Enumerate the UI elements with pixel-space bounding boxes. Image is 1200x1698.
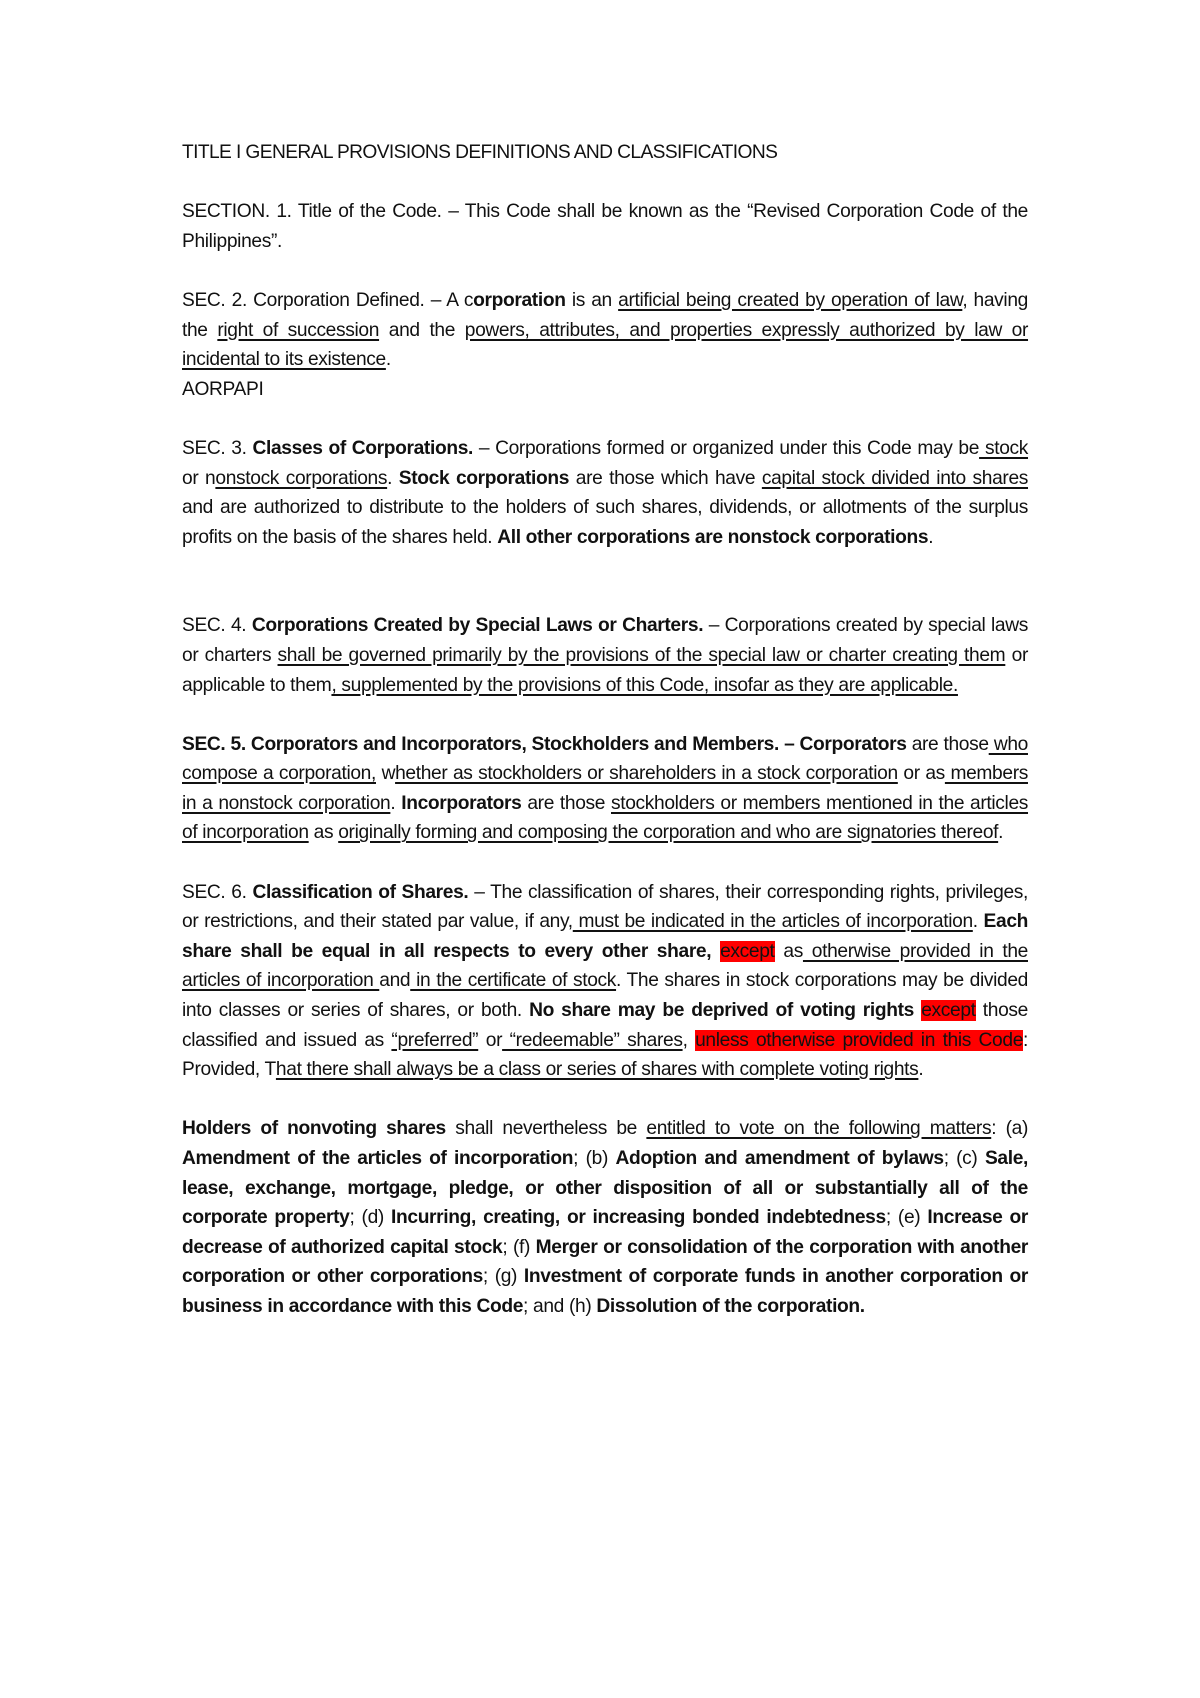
text-run: ; and (h) xyxy=(523,1296,596,1317)
text-run: . xyxy=(928,527,933,548)
text-run: as xyxy=(309,822,339,843)
underlined-text: “preferred” xyxy=(391,1030,478,1051)
highlighted-text: except xyxy=(720,941,774,962)
bold-text: Corporations Created by Special Laws or … xyxy=(252,615,703,636)
text-run: ; (c) xyxy=(944,1148,985,1169)
highlighted-text: except xyxy=(921,1000,975,1021)
text-run: . xyxy=(390,793,401,814)
bold-text: Classes of Corporations. xyxy=(252,438,473,459)
text-run: ; (f) xyxy=(502,1237,535,1258)
text-run: or xyxy=(478,1030,502,1051)
text-run: ; (g) xyxy=(483,1266,524,1287)
underlined-text: hat there shall always be a class or ser… xyxy=(276,1059,918,1080)
underlined-text: must be indicated in the articles of inc… xyxy=(573,911,973,932)
text-run: ; (b) xyxy=(573,1148,615,1169)
paragraph-sec-4: SEC. 4. Corporations Created by Special … xyxy=(182,611,1028,700)
document-body: SECTION. 1. Title of the Code. – This Co… xyxy=(182,197,1028,1321)
text-run: . xyxy=(973,911,984,932)
document-title: TITLE I GENERAL PROVISIONS DEFINITIONS A… xyxy=(182,138,1028,168)
bold-text: No share may be deprived of voting right… xyxy=(529,1000,921,1021)
text-run: SEC. 4. xyxy=(182,615,252,636)
text-run: and the xyxy=(379,320,465,341)
underlined-text: “redeemable” shares xyxy=(502,1030,682,1051)
text-run: ; (e) xyxy=(886,1207,928,1228)
bold-text: Incorporators xyxy=(401,793,521,814)
underlined-text: shall be governed primarily by the provi… xyxy=(278,645,1006,666)
text-run: : (a) xyxy=(991,1118,1028,1139)
text-run: shall nevertheless be xyxy=(446,1118,646,1139)
underlined-text: , supplemented by the provisions of this… xyxy=(331,675,958,696)
text-run: are those xyxy=(521,793,611,814)
paragraph-sec-1: SECTION. 1. Title of the Code. – This Co… xyxy=(182,197,1028,256)
text-run: SECTION. 1. Title of the Code. – This Co… xyxy=(182,201,1028,252)
bold-text: Classification of Shares. xyxy=(252,882,468,903)
bold-text: SEC. 5. Corporators and Incorporators, S… xyxy=(182,734,907,755)
bold-text: Stock corporations xyxy=(399,468,569,489)
text-run: or n xyxy=(182,468,215,489)
paragraph-sec-5: SEC. 5. Corporators and Incorporators, S… xyxy=(182,730,1028,848)
bold-text: Dissolution of the corporation. xyxy=(596,1296,864,1317)
underlined-text: originally forming and composing the cor… xyxy=(338,822,998,843)
text-run: SEC. 6. xyxy=(182,882,252,903)
paragraph-sec-3: SEC. 3. Classes of Corporations. – Corpo… xyxy=(182,434,1028,552)
text-run: AORPAPI xyxy=(182,379,263,400)
document-page: TITLE I GENERAL PROVISIONS DEFINITIONS A… xyxy=(182,138,1028,1351)
text-run: and xyxy=(379,970,410,991)
bold-text: Adoption and amendment of bylaws xyxy=(616,1148,944,1169)
text-run: are those which have xyxy=(569,468,762,489)
text-run: , xyxy=(683,1030,696,1051)
bold-text: orporation xyxy=(473,290,565,311)
text-run: . xyxy=(386,349,391,370)
paragraph-sec-2: SEC. 2. Corporation Defined. – A corpora… xyxy=(182,286,1028,375)
bold-text: Holders of nonvoting shares xyxy=(182,1118,446,1139)
text-run: are those xyxy=(907,734,989,755)
bold-text: Incurring, creating, or increasing bonde… xyxy=(391,1207,886,1228)
underlined-text: onstock corporations xyxy=(215,468,387,489)
text-run: or as xyxy=(898,763,945,784)
text-run: w xyxy=(376,763,395,784)
paragraph-mnemonic: AORPAPI xyxy=(182,375,1028,405)
underlined-text: entitled to vote on the following matter… xyxy=(646,1118,991,1139)
underlined-text: in the certificate of stock xyxy=(410,970,616,991)
paragraph-nonvoting: Holders of nonvoting shares shall nevert… xyxy=(182,1114,1028,1321)
text-run: SEC. 3. xyxy=(182,438,252,459)
paragraph-sec-6: SEC. 6. Classification of Shares. – The … xyxy=(182,878,1028,1085)
text-run: SEC. 2. Corporation Defined. – A c xyxy=(182,290,473,311)
text-run: ; (d) xyxy=(349,1207,391,1228)
text-run: . xyxy=(998,822,1003,843)
underlined-text: hether as stockholders or shareholders i… xyxy=(395,763,898,784)
text-run: – Corporations formed or organized under… xyxy=(473,438,979,459)
text-run: . xyxy=(387,468,399,489)
text-run: is an xyxy=(566,290,619,311)
text-run: as xyxy=(775,941,803,962)
text-run: . xyxy=(918,1059,923,1080)
underlined-text: stock xyxy=(979,438,1028,459)
highlighted-text: unless otherwise provided in this Code xyxy=(695,1030,1023,1051)
bold-text: Amendment of the articles of incorporati… xyxy=(182,1148,573,1169)
underlined-text: right of succession xyxy=(217,320,379,341)
underlined-text: capital stock divided into shares xyxy=(762,468,1028,489)
bold-text: All other corporations are nonstock corp… xyxy=(497,527,928,548)
underlined-text: artificial being created by operation of… xyxy=(618,290,962,311)
